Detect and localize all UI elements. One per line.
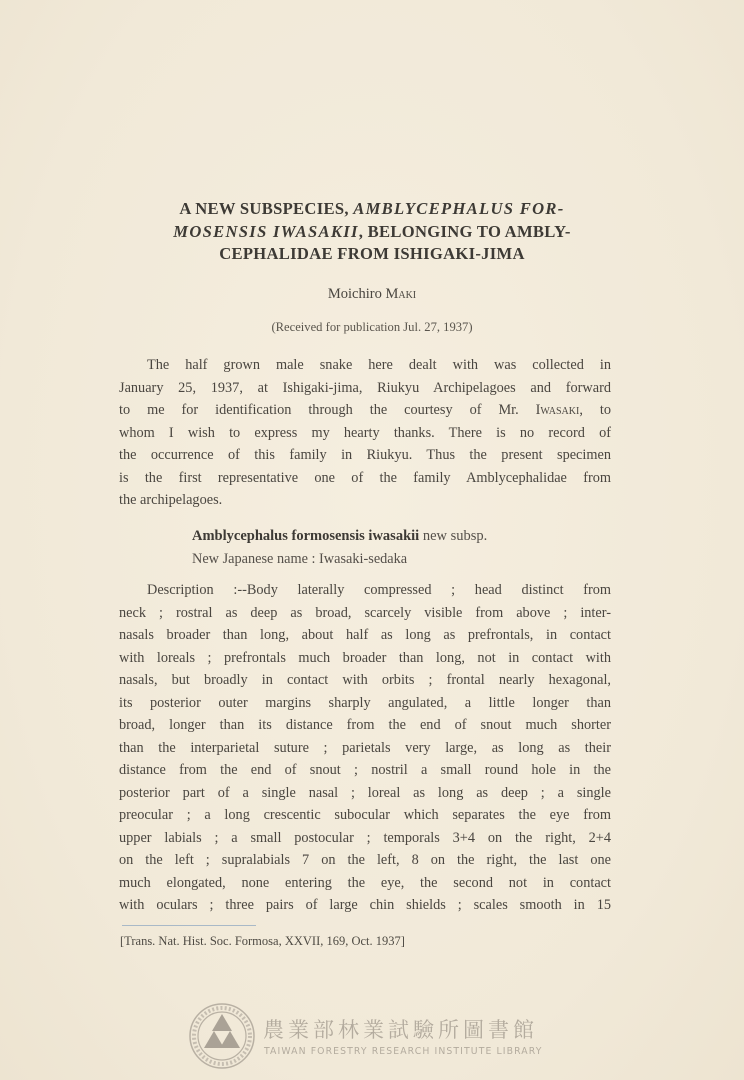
text-line: is the first representative one of the f…: [119, 467, 611, 490]
text-line: the occurrence of this family in Riukyu.…: [119, 444, 611, 467]
text-line: preocular ; a long crescentic subocular …: [119, 804, 611, 827]
text-line: January 25, 1937, at Ishigaki-jima, Riuk…: [119, 377, 611, 400]
text-line: posterior part of a single nasal ; lorea…: [119, 782, 611, 805]
species-status: new subsp.: [419, 528, 487, 544]
text-line: on the left ; supralabials 7 on the left…: [119, 849, 611, 872]
author-last-name: Maki: [385, 286, 416, 302]
species-heading: Amblycephalus formosensis iwasakii new s…: [192, 528, 487, 545]
text-line: whom I wish to express my hearty thanks.…: [119, 422, 611, 445]
title-line-1: A NEW SUBSPECIES, AMBLYCEPHALUS FOR-: [120, 198, 624, 221]
text-line: Description :--Body laterally compressed…: [119, 579, 611, 602]
article-title: A NEW SUBSPECIES, AMBLYCEPHALUS FOR- MOS…: [120, 198, 624, 266]
title-text: CEPHALIDAE FROM ISHIGAKI-JIMA: [219, 244, 525, 263]
library-watermark: 農業部林業試驗所圖書館 TAIWAN FORESTRY RESEARCH INS…: [188, 1000, 568, 1076]
species-name: Amblycephalus formosensis iwasakii: [192, 528, 419, 544]
japanese-name: New Japanese name : Iwasaki-sedaka: [192, 551, 407, 568]
scanned-page: A NEW SUBSPECIES, AMBLYCEPHALUS FOR- MOS…: [0, 0, 744, 1080]
title-italic-text: MOSENSIS IWASAKII: [173, 222, 359, 241]
text-line: The half grown male snake here dealt wit…: [119, 354, 611, 377]
text-line: broad, longer than its distance from the…: [119, 714, 611, 737]
title-line-3: CEPHALIDAE FROM ISHIGAKI-JIMA: [120, 243, 624, 266]
text-line: with oculars ; three pairs of large chin…: [119, 894, 611, 917]
text-line: distance from the end of snout ; nostril…: [119, 759, 611, 782]
library-name-chinese: 農業部林業試驗所圖書館: [263, 1014, 538, 1044]
author-name: Moichiro Maki: [0, 286, 744, 303]
received-date: (Received for publication Jul. 27, 1937): [0, 320, 744, 335]
journal-citation: [Trans. Nat. Hist. Soc. Formosa, XXVII, …: [120, 934, 405, 949]
title-italic-text: AMBLYCEPHALUS FOR-: [353, 199, 564, 218]
text-span: to me for identification through the cou…: [119, 402, 536, 418]
text-span: , to: [579, 402, 611, 418]
text-line: much elongated, none entering the eye, t…: [119, 872, 611, 895]
text-line: than the interparietal suture ; parietal…: [119, 737, 611, 760]
text-line: the archipelagoes.: [119, 489, 611, 512]
intro-paragraph: The half grown male snake here dealt wit…: [119, 354, 611, 512]
person-name: Iwasaki: [536, 402, 580, 418]
text-line: to me for identification through the cou…: [119, 399, 611, 422]
title-line-2: MOSENSIS IWASAKII, BELONGING TO AMBLY-: [120, 221, 624, 244]
text-line: nasals broader than long, about half as …: [119, 624, 611, 647]
triangle-seal-icon: [188, 1002, 256, 1070]
author-first-name: Moichiro: [328, 286, 386, 302]
text-line: neck ; rostral as deep as broad, scarcel…: [119, 602, 611, 625]
text-line: upper labials ; a small postocular ; tem…: [119, 827, 611, 850]
footnote-divider: [122, 925, 256, 926]
library-name-english: TAIWAN FORESTRY RESEARCH INSTITUTE LIBRA…: [264, 1046, 543, 1057]
description-paragraph: Description :--Body laterally compressed…: [119, 579, 611, 917]
title-text: A NEW SUBSPECIES,: [179, 199, 353, 218]
title-text: , BELONGING TO AMBLY-: [359, 222, 571, 241]
text-line: its posterior outer margins sharply angu…: [119, 692, 611, 715]
text-line: nasals, but broadly in contact with orbi…: [119, 669, 611, 692]
text-line: with loreals ; prefrontals much broader …: [119, 647, 611, 670]
